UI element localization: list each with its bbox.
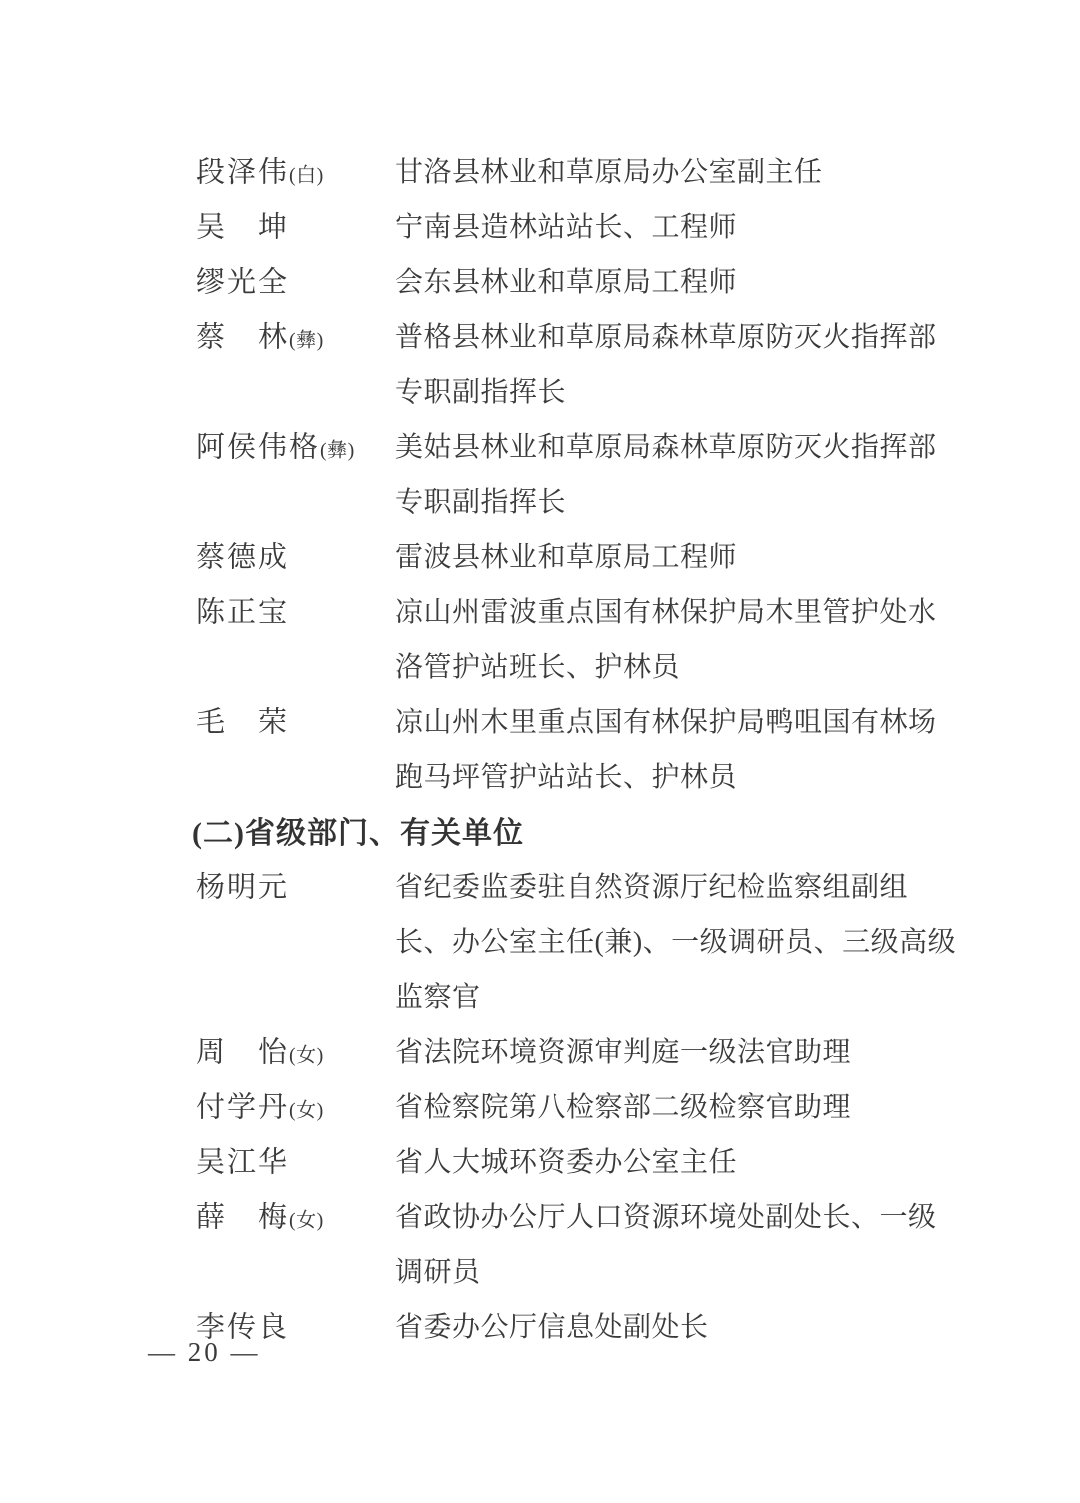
entry-name-text: 阿侯伟格 [196, 431, 320, 463]
entry-name: 蔡德成 [196, 534, 289, 575]
entry-name-text: 毛 荣 [196, 706, 289, 738]
entry-row: 吴江华 省人大城环资委办公室主任 [0, 1132, 1080, 1187]
entry-position-line: 专职副指挥长 [395, 480, 566, 520]
entry-name: 蔡 林(彝) [196, 314, 324, 355]
entry-name: 付学丹(女) [196, 1084, 324, 1125]
entry-continuation-row: 专职副指挥长 [0, 362, 1080, 417]
entry-name-text: 周 怡 [196, 1036, 289, 1068]
entry-row: 陈正宝 凉山州雷波重点国有林保护局木里管护处水 [0, 582, 1080, 637]
entry-name: 陈正宝 [196, 589, 289, 630]
entry-position-line: 调研员 [395, 1250, 481, 1290]
entry-name: 缪光全 [196, 259, 289, 300]
entry-continuation-row: 跑马坪管护站站长、护林员 [0, 747, 1080, 802]
entry-name-text: 吴 坤 [196, 211, 289, 243]
entry-list: 段泽伟(白) 甘洛县林业和草原局办公室副主任 吴 坤 宁南县造林站站长、工程师 … [0, 142, 1080, 1352]
entry-position-line: 省法院环境资源审判庭一级法官助理 [395, 1030, 851, 1070]
entry-continuation-row: 调研员 [0, 1242, 1080, 1297]
entry-position-line: 洛管护站班长、护林员 [395, 645, 680, 685]
entry-name-tag: (女) [289, 1044, 324, 1066]
entry-name-tag: (彝) [289, 329, 324, 351]
entry-position-line: 省人大城环资委办公室主任 [395, 1140, 737, 1180]
entry-position-line: 雷波县林业和草原局工程师 [395, 535, 737, 575]
entry-row: 周 怡(女) 省法院环境资源审判庭一级法官助理 [0, 1022, 1080, 1077]
entry-name: 薛 梅(女) [196, 1194, 324, 1235]
entry-row: 阿侯伟格(彝) 美姑县林业和草原局森林草原防灭火指挥部 [0, 417, 1080, 472]
section-header-row: (二)省级部门、有关单位 [0, 802, 1080, 857]
entry-name: 周 怡(女) [196, 1029, 324, 1070]
entry-position-line: 美姑县林业和草原局森林草原防灭火指挥部 [395, 425, 937, 465]
entry-row: 吴 坤 宁南县造林站站长、工程师 [0, 197, 1080, 252]
page-number: — 20 — [148, 1337, 261, 1368]
entry-row: 缪光全 会东县林业和草原局工程师 [0, 252, 1080, 307]
entry-name: 段泽伟(白) [196, 149, 324, 190]
entry-name-text: 陈正宝 [196, 596, 289, 628]
entry-name-tag: (女) [289, 1099, 324, 1121]
entry-name: 毛 荣 [196, 699, 289, 740]
entry-continuation-row: 专职副指挥长 [0, 472, 1080, 527]
entry-position-line: 会东县林业和草原局工程师 [395, 260, 737, 300]
entry-name-text: 缪光全 [196, 266, 289, 298]
entry-name-text: 吴江华 [196, 1146, 289, 1178]
entry-name-tag: (白) [289, 164, 324, 186]
section-header: (二)省级部门、有关单位 [192, 808, 524, 852]
entry-position-line: 凉山州雷波重点国有林保护局木里管护处水 [395, 590, 937, 630]
entry-name: 阿侯伟格(彝) [196, 424, 355, 465]
entry-row: 毛 荣 凉山州木里重点国有林保护局鸭咀国有林场 [0, 692, 1080, 747]
entry-row: 薛 梅(女) 省政协办公厅人口资源环境处副处长、一级 [0, 1187, 1080, 1242]
entry-position-line: 宁南县造林站站长、工程师 [395, 205, 737, 245]
entry-name-text: 蔡德成 [196, 541, 289, 573]
entry-name-text: 段泽伟 [196, 156, 289, 188]
entry-row: 付学丹(女) 省检察院第八检察部二级检察官助理 [0, 1077, 1080, 1132]
entry-continuation-row: 洛管护站班长、护林员 [0, 637, 1080, 692]
entry-name-text: 薛 梅 [196, 1201, 289, 1233]
entry-position-line: 甘洛县林业和草原局办公室副主任 [395, 150, 823, 190]
entry-name-tag: (女) [289, 1209, 324, 1231]
entry-position-line: 凉山州木里重点国有林保护局鸭咀国有林场 [395, 700, 937, 740]
entry-position-line: 跑马坪管护站站长、护林员 [395, 755, 737, 795]
entry-position-line: 监察官 [395, 975, 481, 1015]
entry-row: 蔡德成 雷波县林业和草原局工程师 [0, 527, 1080, 582]
entry-name-text: 付学丹 [196, 1091, 289, 1123]
entry-name-text: 杨明元 [196, 871, 289, 903]
entry-position-line: 省政协办公厅人口资源环境处副处长、一级 [395, 1195, 937, 1235]
entry-row: 杨明元 省纪委监委驻自然资源厅纪检监察组副组 [0, 857, 1080, 912]
entry-row: 蔡 林(彝) 普格县林业和草原局森林草原防灭火指挥部 [0, 307, 1080, 362]
entry-name: 杨明元 [196, 864, 289, 905]
entry-continuation-row: 长、办公室主任(兼)、一级调研员、三级高级 [0, 912, 1080, 967]
entry-position-line: 长、办公室主任(兼)、一级调研员、三级高级 [395, 920, 956, 960]
entry-name-text: 蔡 林 [196, 321, 289, 353]
entry-name: 吴江华 [196, 1139, 289, 1180]
document-page: 段泽伟(白) 甘洛县林业和草原局办公室副主任 吴 坤 宁南县造林站站长、工程师 … [0, 0, 1080, 1503]
entry-position-line: 省委办公厅信息处副处长 [395, 1305, 709, 1345]
entry-name: 吴 坤 [196, 204, 289, 245]
entry-name-tag: (彝) [320, 439, 355, 461]
entry-position-line: 省纪委监委驻自然资源厅纪检监察组副组 [395, 865, 908, 905]
entry-row: 段泽伟(白) 甘洛县林业和草原局办公室副主任 [0, 142, 1080, 197]
entry-position-line: 普格县林业和草原局森林草原防灭火指挥部 [395, 315, 937, 355]
entry-position-line: 省检察院第八检察部二级检察官助理 [395, 1085, 851, 1125]
entry-continuation-row: 监察官 [0, 967, 1080, 1022]
entry-position-line: 专职副指挥长 [395, 370, 566, 410]
